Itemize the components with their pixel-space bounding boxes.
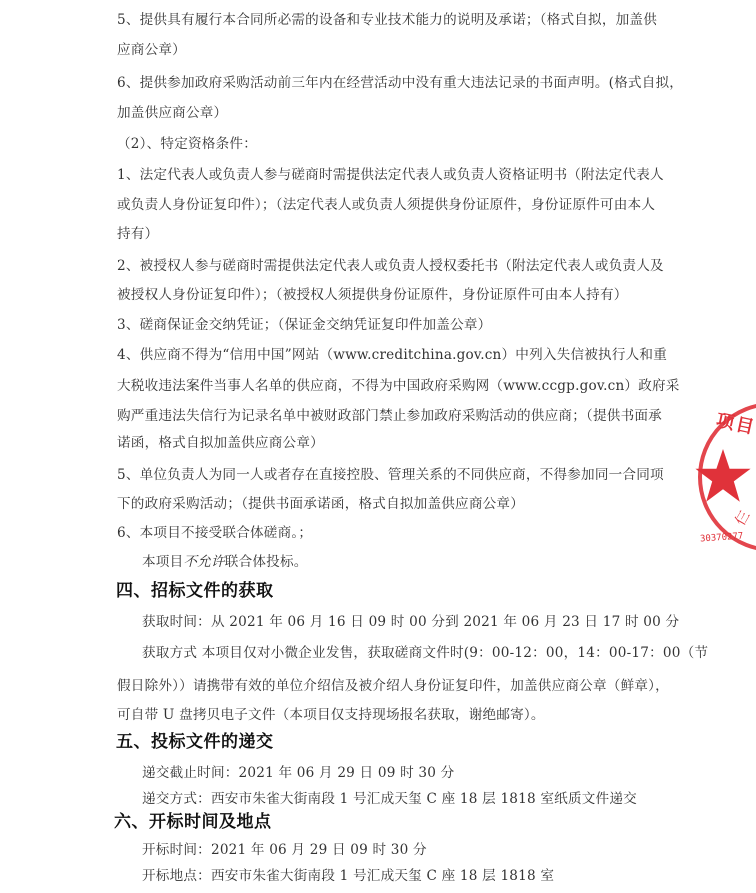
section-heading-obtain-documents: 四、招标文件的获取 [116,580,274,602]
opening-time: 开标时间：2021 年 06 月 29 日 09 时 30 分 [142,840,672,860]
obtain-method-cont: 可自带 U 盘拷贝电子文件（本项目仅支持现场报名获取，谢绝邮寄）。 [117,705,647,725]
text-line: 加盖供应商公章） [117,103,647,123]
text-line: 5、提供具有履行本合同所必需的设备和专业技术能力的说明及承诺；（格式自拟，加盖供 [117,10,647,30]
submit-method: 递交方式：西安市朱雀大街南段 1 号汇成天玺 C 座 18 层 1818 室纸质… [142,789,672,809]
subsection-title: （2）、特定资格条件： [117,134,647,154]
obtain-method: 获取方式 本项目仅对小微企业发售，获取磋商文件时(9：00-12：00，14：0… [142,643,672,663]
text-line: 3、磋商保证金交纳凭证；（保证金交纳凭证复印件加盖公章） [117,315,647,335]
seal-star-icon [693,446,753,506]
text-line: 下的政府采购活动；（提供书面承诺函，格式自拟加盖供应商公章） [117,494,647,514]
section-heading-bid-opening: 六、开标时间及地点 [114,811,272,833]
submit-deadline: 递交截止时间：2021 年 06 月 29 日 09 时 30 分 [142,763,672,783]
text-line: 大税收违法案件当事人名单的供应商，不得为中国政府采购网（www.ccgp.gov… [117,376,647,396]
text-line: 2、被授权人参与磋商时需提供法定代表人或负责人授权委托书（附法定代表人或负责人及 [117,256,647,276]
consortium-prefix: 本项目 [142,554,183,570]
text-line: 6、本项目不接受联合体磋商。； [117,523,647,543]
text-line: 被授权人身份证复印件）；（被授权人须提供身份证原件，身份证原件可由本人持有） [117,285,647,305]
document-page: 5、提供具有履行本合同所必需的设备和专业技术能力的说明及承诺；（格式自拟，加盖供… [0,0,756,893]
opening-location: 开标地点：西安市朱雀大街南段 1 号汇成天玺 C 座 18 层 1818 室 [142,866,672,886]
text-line: 购严重违法失信行为记录名单中被财政部门禁止参加政府采购活动的供应商；（提供书面承 [117,406,647,426]
consortium-note: 本项目不允许联合体投标。 [142,552,672,572]
text-line: 应商公章） [117,40,647,60]
text-line: 诺函，格式自拟加盖供应商公章） [117,433,647,453]
section-heading-submit-bids: 五、投标文件的递交 [116,731,274,753]
obtain-time: 获取时间：从 2021 年 06 月 16 日 09 时 00 分到 2021 … [142,612,672,632]
text-line: 持有） [117,224,647,244]
text-line: 4、供应商不得为“信用中国”网站（www.creditchina.gov.cn）… [117,345,647,365]
text-line: 1、法定代表人或负责人参与磋商时需提供法定代表人或负责人资格证明书（附法定代表人 [117,165,647,185]
text-line: 6、提供参加政府采购活动前三年内在经营活动中没有重大违法记录的书面声明。(格式自… [117,73,647,93]
consortium-emphasis: 不允许 [183,554,224,570]
text-line: 5、单位负责人为同一人或者存在直接控股、管理关系的不同供应商，不得参加同一合同项 [117,465,647,485]
text-line: 或负责人身份证复印件）；（法定代表人或负责人须提供身份证原件，身份证原件可由本人 [117,195,647,215]
consortium-suffix: 联合体投标。 [225,554,308,570]
obtain-method-cont: 假日除外））请携带有效的单位介绍信及被介绍人身份证复印件，加盖供应商公章（鲜章）… [117,676,647,696]
